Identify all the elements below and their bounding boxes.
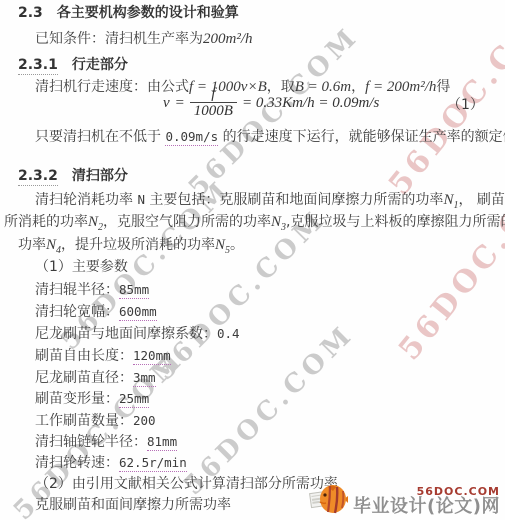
text-line: 只要清扫机在不低于 0.09m/s 的行走速度下运行，就能够保证生产率的额定值。	[35, 128, 505, 146]
text-segment: 克服刷苗和面间摩擦力所需功率	[35, 497, 231, 513]
text-segment: 2.3.2	[18, 168, 58, 186]
text-segment: 600mm	[119, 304, 157, 321]
text-segment: N1	[443, 192, 458, 208]
text-segment: 刷苗自由长度：	[35, 348, 133, 364]
text-line: 克服刷苗和面间摩擦力所需功率	[35, 497, 231, 514]
text-segment: ,克服垃圾与上料板的摩擦阻力所需的	[286, 214, 505, 230]
equation-fraction: f 1000B	[190, 87, 237, 119]
text-segment: 得	[436, 79, 450, 95]
text-segment: 清扫辊半径：	[35, 282, 119, 298]
text-segment: 200	[133, 413, 156, 428]
text-line: （2）由引用文献相关公式计算清扫部分所需功率	[35, 476, 338, 493]
fish-logo-icon	[310, 482, 350, 516]
text-segment: （2）由引用文献相关公式计算清扫部分所需功率	[35, 476, 338, 492]
text-segment: 2.3 各主要机构参数的设计和验算	[18, 5, 239, 21]
logo-site-name[interactable]: 毕业设计(论文)网	[353, 497, 500, 516]
text-line: 刷苗自由长度：120mm	[35, 347, 171, 365]
watermark-text: 56DOC.COM	[178, 319, 360, 501]
text-segment: 只要清扫机在不低于	[35, 129, 165, 145]
text-segment: 25mm	[119, 391, 149, 408]
text-line: 清扫轮宽幅：600mm	[35, 303, 157, 321]
text-segment: 62.5r/min	[119, 455, 187, 472]
text-line: 所消耗的功率N2，克服空气阻力所需的功率N3,克服垃圾与上料板的摩擦阻力所需的	[4, 214, 505, 231]
equation-number: （1）	[447, 94, 484, 114]
text-segment: 清扫轮消耗功率	[35, 192, 137, 208]
equation: v = f 1000B = 0.33Km/h = 0.09m/s	[163, 87, 379, 119]
text-line: 2.3 各主要机构参数的设计和验算	[18, 5, 239, 22]
text-segment: 120mm	[133, 348, 171, 365]
text-segment: 清扫轮转速：	[35, 455, 119, 471]
text-segment: 尼龙刷苗直径：	[35, 370, 133, 386]
fraction-denominator: 1000B	[190, 102, 237, 119]
text-segment: 功率	[18, 237, 46, 253]
text-segment: 3mm	[133, 370, 156, 387]
text-line: 清扫轮转速：62.5r/min	[35, 454, 187, 472]
text-line: 尼龙刷苗直径：3mm	[35, 369, 156, 387]
text-segment: 行走部分	[58, 57, 128, 73]
text-segment: （1）主要参数	[35, 259, 128, 275]
text-segment: 工作刷苗数量：	[35, 413, 133, 429]
text-line: 清扫辊半径：85mm	[35, 281, 149, 299]
text-line: 工作刷苗数量：200	[35, 412, 156, 430]
equation-rhs: = 0.33Km/h = 0.09m/s	[242, 95, 379, 112]
text-line: 2.3.2 清扫部分	[18, 168, 128, 185]
text-segment: 清扫部分	[58, 168, 128, 184]
watermark-text: 56DOC.COM	[392, 146, 505, 367]
text-segment: 0.4	[217, 326, 240, 341]
text-segment: 尼龙刷苗与地面间摩擦系数：	[35, 326, 217, 342]
text-segment: 所消耗的功率	[4, 214, 88, 230]
text-segment: 清扫轮宽幅：	[35, 304, 119, 320]
watermark-text: 56DOC.COM	[150, 204, 332, 386]
text-segment: 85mm	[119, 282, 149, 299]
site-logo[interactable]: 56DOC.COM 毕业设计(论文)网	[310, 482, 500, 516]
text-line: 清扫轴链轮半径：81mm	[35, 433, 177, 451]
text-line: 已知条件：清扫机生产率为200m²/h	[35, 31, 253, 48]
text-segment: N2	[88, 214, 103, 230]
text-segment: 200m²/h	[203, 31, 253, 47]
text-line: （1）主要参数	[35, 259, 128, 276]
text-segment: N4	[46, 237, 61, 253]
text-segment: ，提升垃圾所消耗的功率	[61, 237, 215, 253]
watermark-text: 56DOC.COM	[382, 0, 505, 202]
text-segment: 0.09m/s	[165, 129, 218, 146]
document-page: 56DOC.COM 56DOC.COM 56DOC.COM 56DOC.COM …	[0, 0, 505, 520]
text-segment: 刷苗变形量：	[35, 391, 119, 407]
fraction-numerator: f	[201, 87, 225, 102]
text-segment: 已知条件：清扫机生产率为	[35, 31, 203, 47]
text-line: 2.3.1 行走部分	[18, 57, 128, 74]
text-segment: 主要包括：克服刷苗和地面间摩擦力所需的功率	[145, 192, 443, 208]
equation-lhs: v	[163, 95, 170, 112]
text-segment: N5	[215, 237, 230, 253]
text-line: 清扫轮消耗功率 N 主要包括：克服刷苗和地面间摩擦力所需的功率N1， 刷苗变形	[35, 191, 505, 209]
text-segment: 2.3.1	[18, 57, 58, 75]
text-segment: 清扫轴链轮半径：	[35, 434, 147, 450]
equation-equals: =	[175, 95, 185, 112]
text-segment: 的行走速度下运行，就能够保证生产率的额定值。	[218, 129, 505, 145]
text-segment: ，克服空气阻力所需的功率	[103, 214, 271, 230]
text-segment: ， 刷苗变形	[458, 192, 505, 208]
text-line: 尼龙刷苗与地面间摩擦系数：0.4	[35, 325, 240, 343]
text-line: 刷苗变形量：25mm	[35, 390, 149, 408]
text-line: 功率N4，提升垃圾所消耗的功率N5。	[18, 237, 244, 254]
text-segment: N3	[271, 214, 286, 230]
text-segment: 。	[230, 237, 244, 253]
text-segment: N	[137, 192, 145, 207]
text-segment: 81mm	[147, 434, 177, 451]
